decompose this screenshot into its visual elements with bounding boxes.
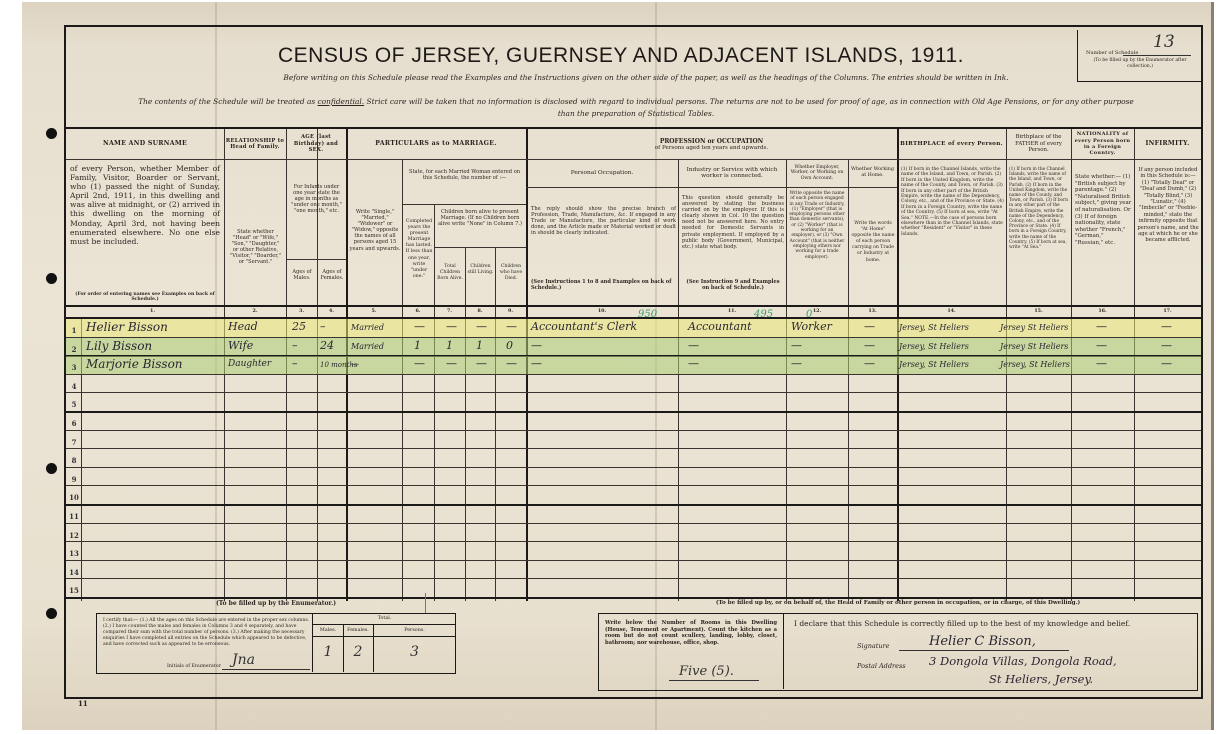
enumerator-heading: (To be filled up by the Enumerator.): [96, 600, 456, 607]
table-row: 6: [66, 412, 1201, 431]
header-father-birthplace: Birthplace of the FATHER of every Person…: [1006, 129, 1071, 159]
cell-nationality: —: [1096, 357, 1107, 370]
cell-age-m: 25: [292, 320, 306, 333]
divider: [434, 247, 526, 248]
column-number: 16.: [1071, 305, 1134, 317]
cell-infirmity: —: [1161, 320, 1172, 333]
row-number: 7: [68, 438, 80, 447]
column-number: 15.: [1006, 305, 1071, 317]
column-number: 13.: [848, 305, 897, 317]
bottom-section: (To be filled up by the Enumerator.) I c…: [66, 600, 1201, 700]
cell-nationality: —: [1096, 339, 1107, 352]
signature-label: Signature: [857, 642, 890, 650]
declaration: I declare that this Schedule is correctl…: [794, 619, 1130, 628]
classification-code: 495: [754, 309, 773, 320]
column-number: 14.: [897, 305, 1006, 317]
header-birthplace: BIRTHPLACE of every Person.: [897, 129, 1006, 159]
table-row: 5: [66, 393, 1201, 412]
header-occupation: PROFESSION or OCCUPATION of Persons aged…: [526, 133, 897, 157]
row-number: 2: [68, 345, 80, 354]
row-number: 8: [68, 456, 80, 465]
column-number: 4.: [317, 305, 346, 317]
cell-name: Marjorie Bisson: [86, 357, 183, 371]
column-number: 17.: [1134, 305, 1201, 317]
row-number: 4: [68, 382, 80, 391]
cell-father-bp: Jersey, St Heliers: [1000, 360, 1070, 369]
occupation-subtitle: of Persons aged ten years and upwards.: [655, 145, 768, 151]
cell-employer: —: [791, 339, 802, 352]
divider: [526, 187, 897, 188]
dwelling-heading: (To be filled up by, or on behalf of, th…: [598, 600, 1198, 606]
cell-infirmity: —: [1161, 357, 1172, 370]
table-row: 12: [66, 524, 1201, 543]
row-number: 9: [68, 475, 80, 484]
form-instructions: Before writing on this Schedule please r…: [166, 73, 1126, 82]
cell-years: —: [414, 320, 425, 333]
employer-instructions: Write opposite the name of each person e…: [788, 191, 846, 260]
divider: [313, 636, 456, 637]
table-row: 7: [66, 431, 1201, 450]
rooms-section: Write below the Number of Rooms in this …: [599, 614, 784, 689]
cell-condition: —: [351, 360, 359, 369]
punch-hole: [46, 273, 57, 284]
age-instructions: For Infants under one year state the age…: [289, 184, 344, 214]
birthplace-instructions: (1) If born in the Channel Islands, writ…: [901, 167, 1004, 237]
schedule-number: 13: [1153, 32, 1175, 52]
cell-total: —: [446, 357, 457, 370]
cell-years: —: [414, 357, 425, 370]
personal-occupation-note: (See Instructions 1 to 8 and Examples on…: [531, 279, 676, 291]
column-number: 3.: [286, 305, 317, 317]
row-number: 15: [68, 586, 80, 595]
cell-total: 1: [446, 339, 453, 352]
dwelling-box: Write below the Number of Rooms in this …: [598, 613, 1198, 691]
table-row: 2Lily BissonWife–24Married1110————Jersey…: [66, 338, 1201, 357]
row-number: 5: [68, 400, 80, 409]
males-total: 1: [313, 644, 343, 660]
nationality-instructions: State whether:— (1) "British subject by …: [1075, 174, 1132, 247]
cell-died: 0: [506, 339, 513, 352]
cell-employer: —: [791, 357, 802, 370]
table-row: 10: [66, 486, 1201, 505]
rooms-line: [669, 680, 759, 681]
cell-occupation: Accountant's Clerk: [531, 320, 637, 333]
totals-table: Total. Males. Females. Persons. 1 2 3: [312, 614, 455, 672]
industry-instructions: This question should generally be answer…: [682, 195, 784, 250]
initials-label: Initials of Enumerator: [167, 664, 221, 669]
household-table: NAME AND SURNAME RELATIONSHIP to Head of…: [66, 127, 1201, 599]
enumerator-certification: I certify that:— (1.) All the ages on th…: [103, 618, 313, 648]
cell-living: —: [476, 320, 487, 333]
cell-age-f: 24: [320, 339, 334, 352]
children-instructions: Children born alive to present Marriage.…: [436, 209, 524, 227]
father-birthplace-instructions: (1) If born in the Channel Islands, writ…: [1009, 167, 1069, 250]
confidentiality-note: The contents of the Schedule will be tre…: [76, 96, 1196, 120]
column-number: 2.: [224, 305, 286, 317]
enumerator-initials: Jna: [232, 652, 255, 668]
divider: [313, 624, 456, 625]
relationship-instructions: State whether "Head" or "Wife," "Son," "…: [228, 229, 283, 266]
column-number: 6.: [402, 305, 434, 317]
header-name: NAME AND SURNAME: [66, 129, 224, 159]
personal-occupation-header: Personal Occupation.: [526, 159, 678, 187]
classification-code: 950: [638, 309, 657, 320]
cell-home: —: [864, 339, 875, 352]
header-age: AGE (last Birthday) and SEX.: [286, 129, 346, 159]
header-nationality: NATIONALITY of every Person born in a Fo…: [1071, 129, 1134, 159]
column-number: 9.: [495, 305, 526, 317]
condition-instructions: Write "Single," "Married," "Widower" or …: [349, 209, 401, 252]
females-label: Females.: [343, 628, 373, 633]
name-note: (For order of entering names see Example…: [70, 292, 220, 303]
divider: [402, 204, 526, 205]
cell-died: —: [506, 357, 517, 370]
cell-birthplace: Jersey, St Heliers: [899, 360, 969, 369]
home-header: Whether Working at Home.: [848, 159, 897, 187]
cell-industry: —: [688, 357, 699, 370]
schedule-number-box: 13 Number of Schedule (To be filled up b…: [1077, 30, 1201, 82]
persons-label: Persons.: [373, 628, 456, 633]
married-woman-instructions: State, for each Married Woman entered on…: [406, 169, 523, 181]
industry-note: (See Instruction 9 and Examples on back …: [682, 279, 784, 291]
total-label: Total.: [313, 616, 456, 621]
table-row: 4: [66, 375, 1201, 394]
cell-relationship: Wife: [228, 339, 253, 352]
cell-infirmity: —: [1161, 339, 1172, 352]
schedule-number-note: (To be filled up by the Enumerator after…: [1084, 58, 1196, 70]
rooms-instructions: Write below the Number of Rooms in this …: [605, 620, 777, 646]
row-number: 10: [68, 493, 80, 502]
header-marriage: PARTICULARS as to MARRIAGE.: [346, 129, 526, 159]
home-instructions: Write the words "At Home" opposite the n…: [851, 221, 895, 264]
punch-hole: [46, 128, 57, 139]
row-number: 14: [68, 568, 80, 577]
cell-relationship: Head: [228, 320, 258, 333]
table-row: 13: [66, 542, 1201, 561]
cell-occupation: —: [531, 357, 542, 370]
column-number: 7.: [434, 305, 465, 317]
row-number: 1: [68, 326, 80, 335]
ages-females-label: Ages of Females.: [318, 269, 346, 281]
cell-nationality: —: [1096, 320, 1107, 333]
cell-home: —: [864, 320, 875, 333]
signature: Helier C Bisson,: [929, 634, 1036, 649]
table-row: 3Marjorie BissonDaughter–10 months——————…: [66, 356, 1201, 375]
cell-relationship: Daughter: [228, 359, 271, 369]
table-row: 9: [66, 468, 1201, 487]
cell-age-f: –: [320, 320, 326, 333]
cell-home: —: [864, 357, 875, 370]
cell-name: Lily Bisson: [86, 339, 152, 353]
cell-name: Helier Bisson: [86, 320, 168, 334]
signature-line: [899, 650, 1069, 651]
cell-father-bp: Jersey St Heliers: [1000, 342, 1068, 351]
cell-living: 1: [476, 339, 483, 352]
column-number: 12.: [786, 305, 848, 317]
cell-years: 1: [414, 339, 421, 352]
females-total: 2: [343, 644, 373, 660]
years-married-label: Completed years the present Marriage has…: [404, 219, 434, 280]
cell-employer: Worker: [791, 320, 832, 333]
address-line-2: St Heliers, Jersey.: [989, 672, 1093, 686]
cell-age-m: –: [292, 357, 298, 370]
census-form: CENSUS OF JERSEY, GUERNSEY AND ADJACENT …: [64, 25, 1203, 699]
name-instructions: of every Person, whether Member of Famil…: [70, 164, 220, 246]
classification-code: 0: [806, 309, 812, 320]
row-divider: [66, 597, 1201, 599]
row-number: 3: [68, 363, 80, 372]
row-number: 6: [68, 419, 80, 428]
infirmity-instructions: If any person included in this Schedule …: [1137, 167, 1199, 244]
employer-header: Whether Employer, Worker, or Working on …: [786, 159, 848, 187]
row-number: 13: [68, 549, 80, 558]
table-row: 1Helier BissonHead25–Married————Accounta…: [66, 319, 1201, 338]
personal-occupation-instructions: The reply should show the precise branch…: [531, 206, 676, 236]
row-number: 11: [68, 512, 80, 521]
cell-birthplace: Jersey, St Heliers: [899, 323, 969, 332]
column-number: 8.: [465, 305, 495, 317]
table-row: 14: [66, 561, 1201, 580]
cell-died: —: [506, 320, 517, 333]
cell-birthplace: Jersey, St Heliers: [899, 342, 969, 351]
industry-header: Industry or Service with which worker is…: [678, 159, 786, 187]
cell-total: —: [446, 320, 457, 333]
children-died-label: Children who have Died.: [496, 264, 526, 282]
cell-occupation: —: [531, 339, 542, 352]
enumerator-box: I certify that:— (1.) All the ages on th…: [96, 613, 456, 674]
cell-condition: Married: [351, 323, 384, 332]
ages-males-label: Ages of Males.: [288, 269, 316, 281]
cell-industry: —: [688, 339, 699, 352]
table-row: 11: [66, 505, 1201, 524]
initials-line: [222, 669, 310, 670]
table-row: 15: [66, 579, 1201, 598]
page-number: 11: [78, 699, 88, 708]
table-row: 8: [66, 449, 1201, 468]
address-line-1: 3 Dongola Villas, Dongola Road,: [929, 654, 1117, 668]
punch-hole: [46, 463, 57, 474]
column-number: 5.: [346, 305, 402, 317]
persons-total: 3: [373, 644, 456, 660]
cell-living: —: [476, 357, 487, 370]
form-title: CENSUS OF JERSEY, GUERNSEY AND ADJACENT …: [66, 44, 1066, 68]
cell-industry: Accountant: [688, 320, 752, 333]
row-number: 12: [68, 531, 80, 540]
cell-condition: Married: [351, 342, 384, 351]
red-pencil-mark: [425, 593, 426, 613]
header-infirmity: INFIRMITY.: [1134, 129, 1201, 159]
cell-father-bp: Jersey St Heliers: [1000, 323, 1068, 332]
children-living-label: Children still Living.: [466, 264, 495, 276]
column-number: 1.: [81, 305, 224, 317]
address-label: Postal Address: [857, 662, 906, 670]
schedule-number-line: [1123, 55, 1191, 56]
males-label: Males.: [313, 628, 343, 633]
punch-hole: [46, 608, 57, 619]
rooms-count: Five (5).: [679, 664, 734, 679]
header-relationship: RELATIONSHIP to Head of Family.: [224, 129, 286, 159]
cell-age-m: –: [292, 339, 298, 352]
divider: [286, 259, 346, 260]
total-children-label: Total Children Born Alive.: [435, 264, 465, 282]
